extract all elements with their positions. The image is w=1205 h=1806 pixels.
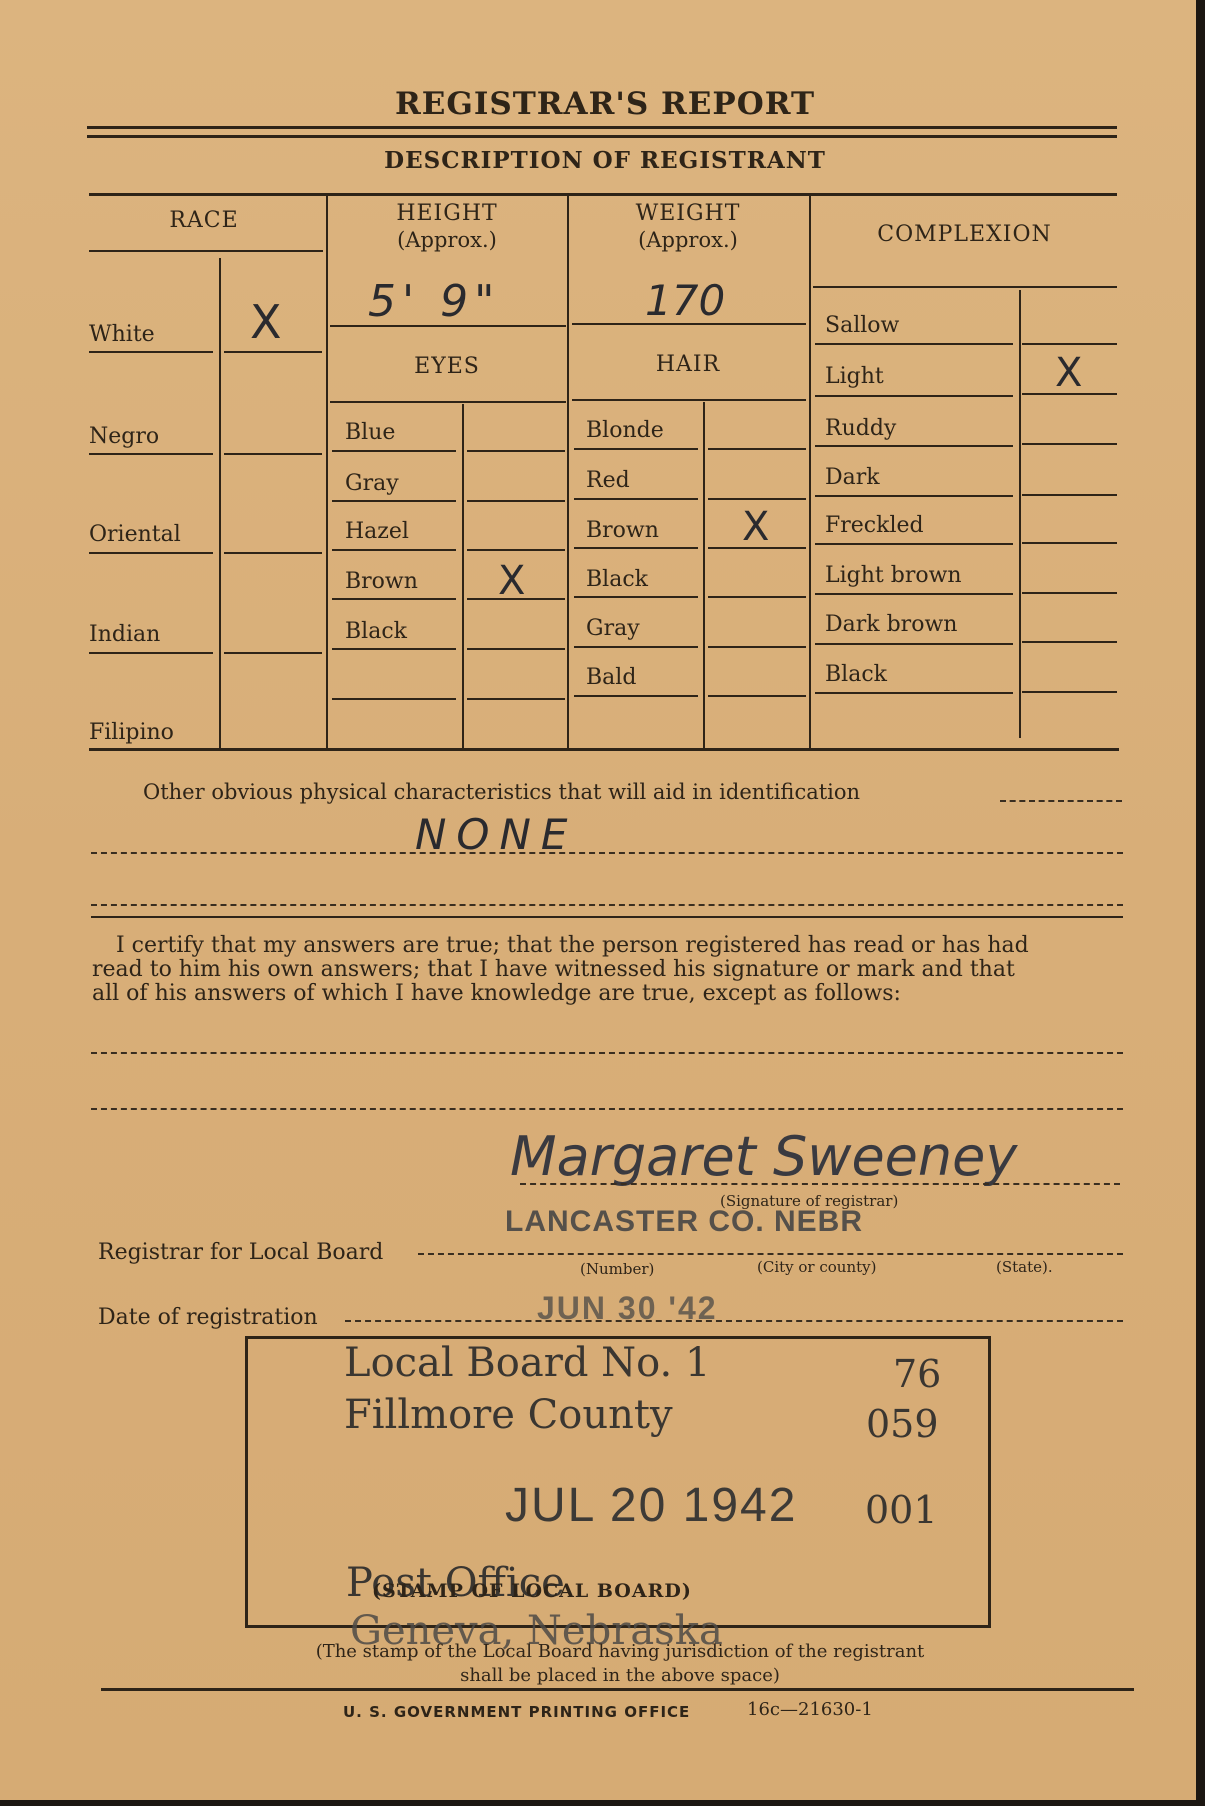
weight-value: 170 bbox=[645, 276, 725, 325]
col-divider-weight bbox=[567, 194, 569, 748]
complexion-light-checkmark: X bbox=[1055, 350, 1082, 396]
hair-option-bald: Bald bbox=[586, 665, 636, 690]
hair-row-rule bbox=[574, 596, 698, 598]
complexion-row-rule bbox=[815, 343, 1013, 345]
complexion-row-rule bbox=[815, 692, 1013, 694]
race-option-oriental: Oriental bbox=[89, 522, 181, 547]
hair-brown-checkmark: X bbox=[742, 504, 769, 550]
eyes-header: EYES bbox=[328, 354, 566, 379]
stamp-date: JUL 20 1942 bbox=[505, 1478, 797, 1533]
col-divider-height bbox=[326, 194, 328, 748]
footer-printer: U. S. GOVERNMENT PRINTING OFFICE bbox=[343, 1703, 690, 1721]
race-row-rule bbox=[224, 652, 322, 654]
registrar-signature: Margaret Sweeney bbox=[510, 1125, 1017, 1188]
certification-line-3: all of his answers of which I have knowl… bbox=[92, 982, 1132, 1006]
date-of-registration-label: Date of registration bbox=[98, 1305, 318, 1330]
complexion-option-light: Light bbox=[825, 364, 884, 389]
registrar-board-line bbox=[418, 1253, 1123, 1255]
race-row-rule bbox=[89, 453, 213, 455]
col-divider-hair-mark bbox=[703, 402, 705, 748]
footer-rule bbox=[101, 1688, 1134, 1691]
section-rule bbox=[91, 916, 1123, 918]
certification-line-1: I certify that my answers are true; that… bbox=[92, 934, 1132, 958]
certification-line-2: read to him his own answers; that I have… bbox=[92, 958, 1132, 982]
other-characteristics-line-1 bbox=[91, 852, 1123, 854]
complexion-option-black: Black bbox=[825, 662, 887, 687]
eyes-row-rule bbox=[467, 450, 565, 452]
section-subtitle: DESCRIPTION OF REGISTRANT bbox=[300, 147, 910, 174]
page-title: REGISTRAR'S REPORT bbox=[300, 86, 910, 122]
race-header: RACE bbox=[89, 208, 319, 233]
weight-header: WEIGHT bbox=[569, 203, 807, 225]
hair-row-rule bbox=[708, 695, 806, 697]
eyes-header-rule bbox=[330, 401, 566, 403]
stamp-code-3: 001 bbox=[865, 1488, 938, 1532]
hair-row-rule bbox=[708, 646, 806, 648]
table-bottom-rule bbox=[89, 748, 1119, 751]
col-divider-race bbox=[219, 258, 221, 748]
table-top-rule bbox=[89, 193, 1117, 196]
col-divider-complexion bbox=[809, 194, 811, 748]
complexion-row-rule bbox=[1022, 691, 1117, 693]
hair-option-gray: Gray bbox=[586, 616, 640, 641]
eyes-option-brown: Brown bbox=[345, 569, 418, 594]
complexion-option-sallow: Sallow bbox=[825, 313, 899, 338]
hair-row-rule bbox=[574, 695, 698, 697]
hair-option-black: Black bbox=[586, 567, 648, 592]
title-rule-bottom bbox=[87, 135, 1117, 138]
stamp-instructions-line-1: (The stamp of the Local Board having jur… bbox=[240, 1640, 1000, 1664]
race-row-rule bbox=[224, 453, 322, 455]
eyes-row-rule bbox=[332, 648, 456, 650]
complexion-option-dark: Dark bbox=[825, 465, 880, 490]
date-of-registration-stamp: JUN 30 '42 bbox=[537, 1290, 718, 1327]
weight-value-rule bbox=[572, 323, 806, 325]
eyes-row-rule bbox=[467, 648, 565, 650]
eyes-row-rule bbox=[467, 500, 565, 502]
complexion-row-rule bbox=[815, 643, 1013, 645]
hair-header: HAIR bbox=[569, 352, 807, 377]
complexion-option-light-brown: Light brown bbox=[825, 563, 962, 588]
eyes-row-rule bbox=[467, 549, 565, 551]
complexion-row-rule bbox=[815, 543, 1013, 545]
complexion-row-rule bbox=[815, 495, 1013, 497]
race-row-rule bbox=[89, 351, 213, 353]
exceptions-line-1 bbox=[91, 1052, 1123, 1054]
eyes-row-rule bbox=[467, 698, 565, 700]
complexion-row-rule bbox=[815, 445, 1013, 447]
other-characteristics-line-2 bbox=[91, 904, 1123, 906]
complexion-row-rule bbox=[1022, 343, 1117, 345]
scan-edge-right bbox=[1196, 0, 1205, 1806]
hair-header-rule bbox=[572, 399, 806, 401]
race-option-white: White bbox=[89, 322, 155, 347]
complexion-row-rule bbox=[1022, 443, 1117, 445]
hair-option-red: Red bbox=[586, 468, 630, 493]
race-option-negro: Negro bbox=[89, 424, 159, 449]
col-divider-eyes-mark bbox=[462, 404, 464, 748]
eyes-option-hazel: Hazel bbox=[345, 519, 409, 544]
stamp-caption: (STAMP OF LOCAL BOARD) bbox=[372, 1580, 692, 1602]
complexion-row-rule bbox=[1022, 641, 1117, 643]
col-divider-complexion-mark bbox=[1019, 290, 1021, 738]
caption-state: (State). bbox=[996, 1258, 1053, 1276]
hair-row-rule bbox=[574, 448, 698, 450]
eyes-row-rule bbox=[332, 698, 456, 700]
height-value-rule bbox=[330, 325, 566, 327]
title-rule-top bbox=[87, 126, 1117, 129]
race-header-rule bbox=[89, 250, 323, 252]
hair-row-rule bbox=[574, 646, 698, 648]
scan-edge-bottom bbox=[0, 1800, 1205, 1806]
height-sub: (Approx.) bbox=[328, 228, 566, 252]
stamp-instructions: (The stamp of the Local Board having jur… bbox=[240, 1640, 1000, 1688]
complexion-row-rule bbox=[1022, 592, 1117, 594]
registrar-board-label: Registrar for Local Board bbox=[98, 1240, 383, 1265]
stamp-local-board: Local Board No. 1 bbox=[344, 1340, 710, 1386]
eyes-option-blue: Blue bbox=[345, 420, 395, 445]
eyes-option-black: Black bbox=[345, 619, 407, 644]
race-row-rule bbox=[224, 552, 322, 554]
race-option-filipino: Filipino bbox=[89, 720, 174, 745]
stamp-county: Fillmore County bbox=[344, 1392, 673, 1438]
exceptions-line-2 bbox=[91, 1108, 1123, 1110]
complexion-header-rule bbox=[813, 286, 1117, 288]
hair-option-brown: Brown bbox=[586, 518, 659, 543]
registrar-board-stamp: LANCASTER CO. NEBR bbox=[505, 1205, 863, 1239]
complexion-row-rule bbox=[1022, 542, 1117, 544]
height-value: 5' 9" bbox=[368, 276, 500, 327]
complexion-option-freckled: Freckled bbox=[825, 513, 924, 538]
complexion-row-rule bbox=[815, 593, 1013, 595]
complexion-option-ruddy: Ruddy bbox=[825, 416, 896, 441]
caption-number: (Number) bbox=[580, 1260, 654, 1278]
race-row-rule bbox=[224, 351, 322, 353]
hair-row-rule bbox=[708, 498, 806, 500]
complexion-row-rule bbox=[1022, 494, 1117, 496]
other-characteristics-dotted-leader bbox=[1000, 800, 1122, 802]
other-characteristics-label: Other obvious physical characteristics t… bbox=[143, 780, 860, 804]
caption-city-or-county: (City or county) bbox=[757, 1258, 876, 1276]
certification-text: I certify that my answers are true; that… bbox=[92, 934, 1132, 1006]
hair-row-rule bbox=[708, 596, 806, 598]
eyes-row-rule bbox=[332, 549, 456, 551]
eyes-row-rule bbox=[332, 598, 456, 600]
date-of-registration-line bbox=[345, 1320, 1123, 1322]
complexion-row-rule bbox=[1022, 393, 1117, 395]
eyes-row-rule bbox=[332, 450, 456, 452]
footer-form-number: 16c—21630-1 bbox=[747, 1699, 873, 1720]
stamp-code-1: 76 bbox=[893, 1352, 941, 1396]
eyes-row-rule bbox=[332, 500, 456, 502]
race-row-rule bbox=[89, 652, 213, 654]
stamp-code-2: 059 bbox=[866, 1402, 939, 1446]
race-white-checkmark: X bbox=[250, 295, 282, 349]
signature-line bbox=[520, 1183, 1120, 1185]
eyes-row-rule bbox=[467, 598, 565, 600]
stamp-instructions-line-2: shall be placed in the above space) bbox=[240, 1664, 1000, 1688]
hair-row-rule bbox=[574, 547, 698, 549]
complexion-row-rule bbox=[815, 395, 1013, 397]
complexion-option-dark-brown: Dark brown bbox=[825, 612, 957, 637]
hair-row-rule bbox=[574, 498, 698, 500]
hair-option-blonde: Blonde bbox=[586, 418, 664, 443]
height-header: HEIGHT bbox=[328, 203, 566, 225]
eyes-option-gray: Gray bbox=[345, 471, 399, 496]
race-row-rule bbox=[89, 552, 213, 554]
race-option-indian: Indian bbox=[89, 622, 160, 647]
hair-row-rule bbox=[708, 547, 806, 549]
complexion-header: COMPLEXION bbox=[812, 222, 1117, 247]
hair-row-rule bbox=[708, 448, 806, 450]
weight-sub: (Approx.) bbox=[569, 228, 807, 252]
